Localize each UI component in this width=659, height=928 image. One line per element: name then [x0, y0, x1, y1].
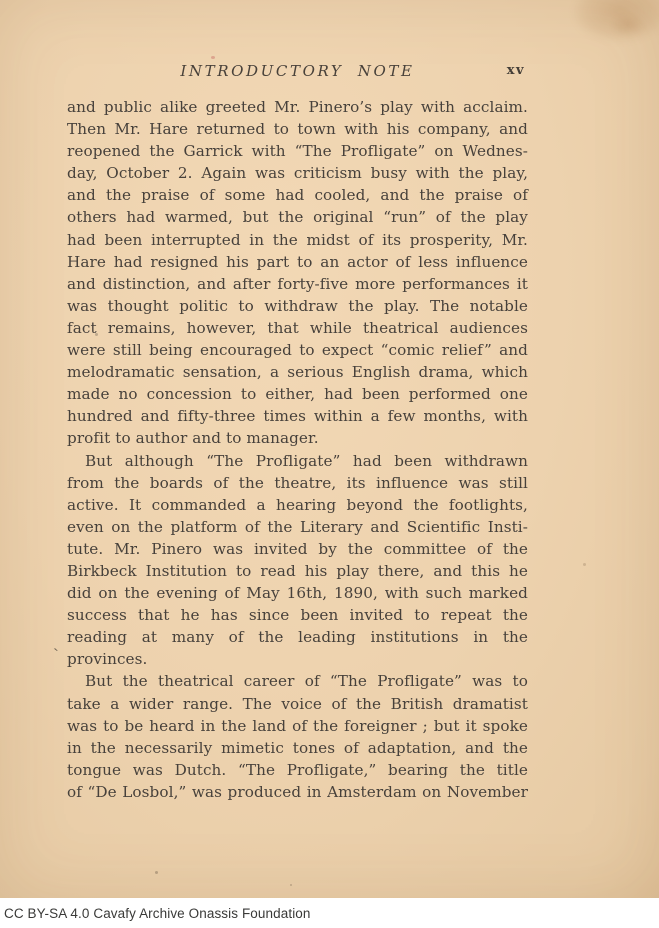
text-line: tongue was Dutch. “The Profligate,” bear…	[67, 759, 528, 781]
paper-speck	[211, 56, 215, 59]
text-line: provinces.	[67, 648, 528, 670]
paper-stain	[605, 10, 651, 40]
paper-speck	[155, 871, 158, 874]
text-line: But the theatrical career of “The Profli…	[67, 670, 528, 692]
license-bar: CC BY-SA 4.0 Cavafy Archive Onassis Foun…	[0, 898, 659, 928]
stray-ink-mark: `	[52, 645, 63, 664]
text-line: But although “The Profligate” had been w…	[67, 450, 528, 472]
license-text: CC BY-SA 4.0 Cavafy Archive Onassis Foun…	[0, 906, 311, 921]
text-line: melodramatic sensation, a serious Englis…	[67, 361, 528, 383]
running-header: INTRODUCTORY NOTE xv	[67, 61, 528, 83]
text-line: and the praise of some had cooled, and t…	[67, 184, 528, 206]
text-line: was thought politic to withdraw the play…	[67, 295, 528, 317]
paper-speck	[583, 563, 586, 566]
text-line: others had warmed, but the original “run…	[67, 206, 528, 228]
page-text: and public alike greeted Mr. Pinero’s pl…	[67, 96, 528, 803]
text-line: Hare had resigned his part to an actor o…	[67, 251, 528, 273]
text-line: of “De Losbol,” was produced in Amsterda…	[67, 781, 528, 803]
scanned-page-view: INTRODUCTORY NOTE xv ` and public alike …	[0, 0, 659, 928]
text-line: profit to author and to manager.	[67, 427, 528, 449]
text-line: reading at many of the leading instituti…	[67, 626, 528, 648]
text-line: fact remains, however, that while theatr…	[67, 317, 528, 339]
text-line: day, October 2. Again was criticism busy…	[67, 162, 528, 184]
text-line: Birkbeck Institution to read his play th…	[67, 560, 528, 582]
text-line: hundred and fifty-three times within a f…	[67, 405, 528, 427]
page-number: xv	[507, 63, 525, 78]
text-line: Then Mr. Hare returned to town with his …	[67, 118, 528, 140]
text-line: success that he has since been invited t…	[67, 604, 528, 626]
text-line: had been interrupted in the midst of its…	[67, 229, 528, 251]
text-line: tute. Mr. Pinero was invited by the comm…	[67, 538, 528, 560]
text-line: in the necessarily mimetic tones of adap…	[67, 737, 528, 759]
text-line: active. It commanded a hearing beyond th…	[67, 494, 528, 516]
text-line: reopened the Garrick with “The Profligat…	[67, 140, 528, 162]
text-line: and distinction, and after forty-five mo…	[67, 273, 528, 295]
book-page: INTRODUCTORY NOTE xv ` and public alike …	[0, 0, 659, 898]
text-line: did on the evening of May 16th, 1890, wi…	[67, 582, 528, 604]
page-title: INTRODUCTORY NOTE	[180, 62, 414, 80]
text-line: from the boards of the theatre, its infl…	[67, 472, 528, 494]
text-line: take a wider range. The voice of the Bri…	[67, 693, 528, 715]
text-line: and public alike greeted Mr. Pinero’s pl…	[67, 96, 528, 118]
paper-speck	[290, 884, 292, 886]
text-line: were still being encouraged to expect “c…	[67, 339, 528, 361]
text-line: was to be heard in the land of the forei…	[67, 715, 528, 737]
text-line: made no concession to either, had been p…	[67, 383, 528, 405]
text-line: even on the platform of the Literary and…	[67, 516, 528, 538]
